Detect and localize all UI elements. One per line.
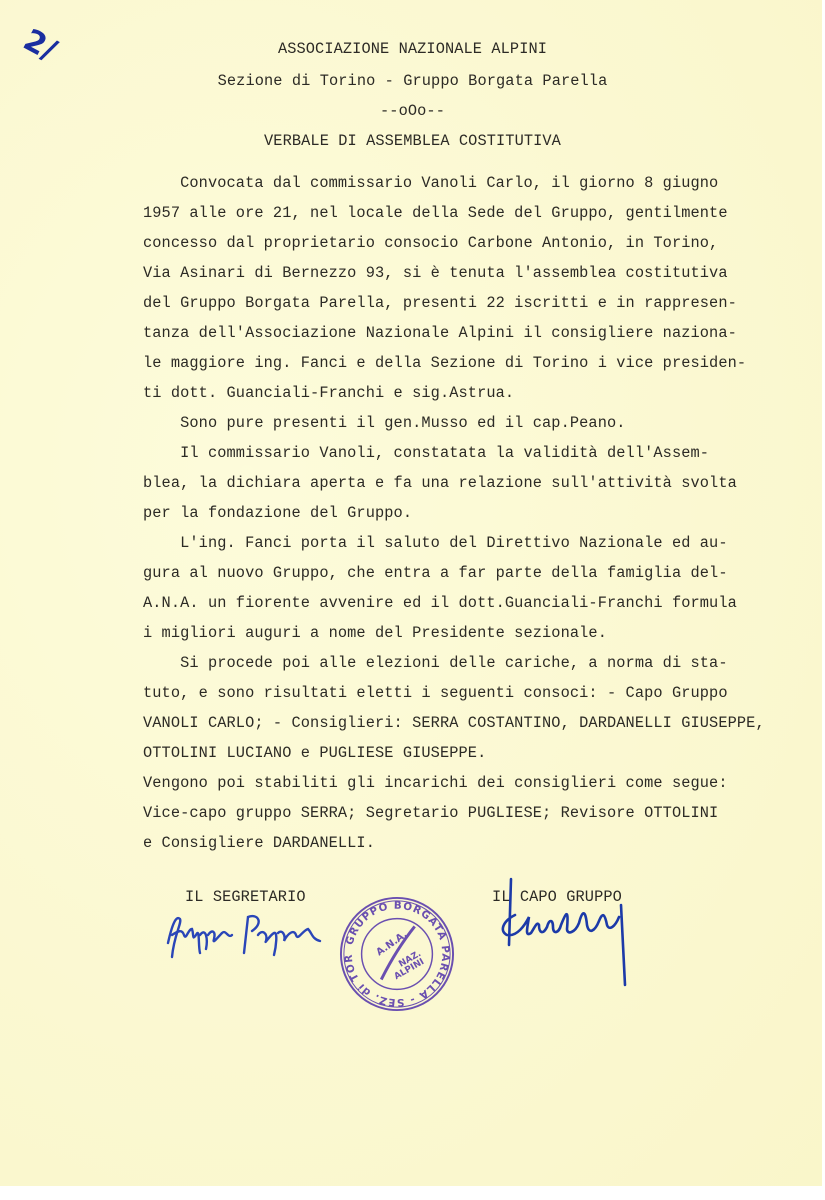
body-line: Via Asinari di Bernezzo 93, si è tenuta …: [143, 264, 728, 282]
body-line: gura al nuovo Gruppo, che entra a far pa…: [143, 564, 728, 582]
body-line: concesso dal proprietario consocio Carbo…: [143, 234, 718, 252]
header-separator: --oOo--: [0, 102, 825, 120]
body-line: Convocata dal commissario Vanoli Carlo, …: [143, 174, 718, 192]
body-line: Vengono poi stabiliti gli incarichi dei …: [143, 774, 728, 792]
body-line: Vice-capo gruppo SERRA; Segretario PUGLI…: [143, 804, 718, 822]
paper-page: 2/ ASSOCIAZIONE NAZIONALE ALPINI Sezione…: [0, 0, 822, 1186]
body-line: del Gruppo Borgata Parella, presenti 22 …: [143, 294, 737, 312]
secretary-signature: [162, 905, 327, 965]
body-line: VANOLI CARLO; - Consiglieri: SERRA COSTA…: [143, 714, 765, 732]
body-line: A.N.A. un fiorente avvenire ed il dott.G…: [143, 594, 737, 612]
body-line: 1957 alle ore 21, nel locale della Sede …: [143, 204, 728, 222]
body-line: tuto, e sono risultati eletti i seguenti…: [143, 684, 728, 702]
header-org: ASSOCIAZIONE NAZIONALE ALPINI: [0, 40, 825, 58]
body-line: Si procede poi alle elezioni delle caric…: [143, 654, 728, 672]
body-line: L'ing. Fanci porta il saluto del Diretti…: [143, 534, 728, 552]
body-line: Il commissario Vanoli, constatata la val…: [143, 444, 709, 462]
body-line: le maggiore ing. Fanci e della Sezione d…: [143, 354, 746, 372]
header-section: Sezione di Torino - Gruppo Borgata Parel…: [0, 72, 825, 90]
body-line: tanza dell'Associazione Nazionale Alpini…: [143, 324, 737, 342]
body-line: Sono pure presenti il gen.Musso ed il ca…: [143, 414, 626, 432]
body-line: ti dott. Guanciali-Franchi e sig.Astrua.: [143, 384, 514, 402]
body-line: i migliori auguri a nome del Presidente …: [143, 624, 607, 642]
group-leader-signature: [495, 875, 645, 990]
association-stamp: GRUPPO BORGATA PARELLA - SEZ. di TORINO …: [338, 895, 456, 1013]
body-line: per la fondazione del Gruppo.: [143, 504, 412, 522]
body-line: OTTOLINI LUCIANO e PUGLIESE GIUSEPPE.: [143, 744, 486, 762]
body-line: blea, la dichiara aperta e fa una relazi…: [143, 474, 737, 492]
body-line: e Consigliere DARDANELLI.: [143, 834, 375, 852]
secretary-label: IL SEGRETARIO: [185, 888, 306, 906]
document-title: VERBALE DI ASSEMBLEA COSTITUTIVA: [0, 132, 825, 150]
svg-text:A.N.A.: A.N.A.: [374, 929, 409, 958]
